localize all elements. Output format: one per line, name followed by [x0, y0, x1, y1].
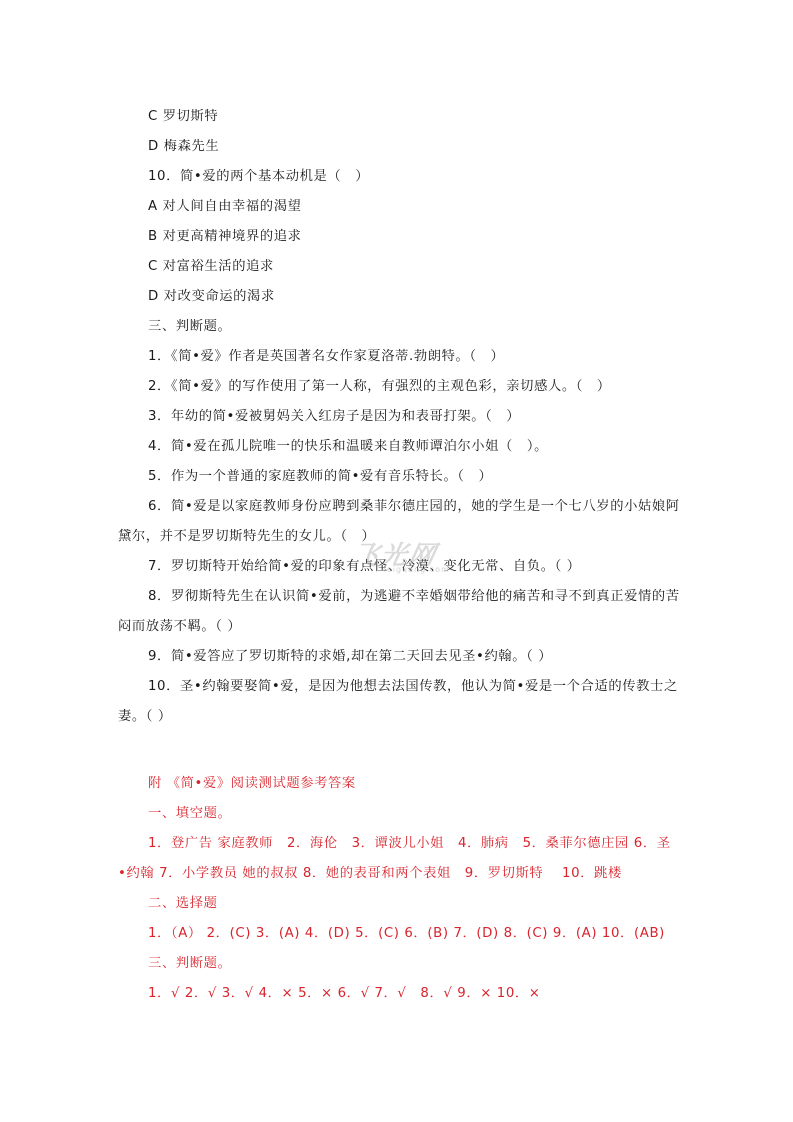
judgment-item-7: 7．罗切斯特开始给简•爱的印象有点怪、冷漠、变化无常、自负。（ ） — [148, 558, 581, 576]
q9-option-c: C 罗切斯特 — [148, 108, 218, 126]
answer-choice-line: 1．（A） 2．(C) 3．(A) 4．(D) 5．(C) 6．(B) 7．(D… — [148, 925, 665, 943]
q10-option-b: B 对更高精神境界的追求 — [148, 228, 302, 246]
option-label: B — [148, 229, 158, 244]
option-text: 罗切斯特 — [163, 109, 219, 124]
option-text: 梅森先生 — [164, 139, 220, 154]
judgment-item-10: 10．圣•约翰要娶简•爱，是因为他想去法国传教，他认为简•爱是一个合适的传教士之 — [148, 678, 678, 696]
judgment-item-6-cont: 黛尔，并不是罗切斯特先生的女儿。（ ） — [118, 528, 375, 546]
q10-stem: 10．简•爱的两个基本动机是（ ） — [148, 168, 369, 186]
answer-fill-line-2: •约翰 7．小学教员 她的叔叔 8．她的表哥和两个表姐 9．罗切斯特 10．跳楼 — [118, 865, 622, 883]
q10-option-c: C 对富裕生活的追求 — [148, 258, 274, 276]
answer-key-title: 附 《简•爱》阅读测试题参考答案 — [148, 775, 356, 793]
judgment-item-8-cont: 闷而放荡不羁。（ ） — [118, 618, 241, 636]
judgment-item-3: 3．年幼的简•爱被舅妈关入红房子是因为和表哥打架。（ ） — [148, 408, 520, 426]
q10-option-d: D 对改变命运的渴求 — [148, 288, 275, 306]
option-label: A — [148, 199, 158, 214]
answer-choice-heading: 二、选择题 — [148, 895, 217, 913]
answer-fill-line-1: 1．登广告 家庭教师 2．海伦 3．谭波儿小姐 4．肺病 5．桑菲尔德庄园 6．… — [148, 835, 671, 853]
answer-judgment-line: 1．√ 2．√ 3．√ 4．× 5．× 6．√ 7．√ 8．√ 9．× 10．× — [148, 985, 541, 1003]
q9-option-d: D 梅森先生 — [148, 138, 219, 156]
option-text: 对人间自由幸福的渴望 — [163, 199, 302, 214]
judgment-item-8: 8．罗彻斯特先生在认识简•爱前，为逃避不幸婚姻带给他的痛苦和寻不到真正爱情的苦 — [148, 588, 680, 606]
judgment-item-2: 2．《简•爱》的写作使用了第一人称，有强烈的主观色彩，亲切感人。（ ） — [148, 378, 611, 396]
judgment-item-6: 6．简•爱是以家庭教师身份应聘到桑菲尔德庄园的，她的学生是一个七八岁的小姑娘阿 — [148, 498, 680, 516]
option-label: D — [148, 139, 159, 154]
q10-option-a: A 对人间自由幸福的渴望 — [148, 198, 302, 216]
judgment-item-4: 4．简•爱在孤儿院唯一的快乐和温暖来自教师谭泊尔小姐（ ）。 — [148, 438, 548, 456]
document-page: C 罗切斯特 D 梅森先生 10．简•爱的两个基本动机是（ ） A 对人间自由幸… — [0, 0, 793, 1122]
judgment-item-1: 1．《简•爱》作者是英国著名女作家夏洛蒂.勃朗特。（ ） — [148, 348, 504, 366]
judgment-item-10-cont: 妻。（ ） — [118, 708, 172, 726]
answer-judgment-heading: 三、判断题。 — [148, 955, 231, 973]
option-text: 对更高精神境界的追求 — [163, 229, 302, 244]
option-text: 对富裕生活的追求 — [163, 259, 274, 274]
option-label: C — [148, 259, 158, 274]
option-text: 对改变命运的渴求 — [164, 289, 275, 304]
judgment-item-9: 9．简•爱答应了罗切斯特的求婚,却在第二天回去见圣•约翰。（ ） — [148, 648, 552, 666]
judgment-item-5: 5．作为一个普通的家庭教师的简•爱有音乐特长。（ ） — [148, 468, 492, 486]
option-label: D — [148, 289, 159, 304]
option-label: C — [148, 109, 158, 124]
answer-fill-heading: 一、填空题。 — [148, 805, 231, 823]
judgment-heading: 三、判断题。 — [148, 318, 231, 336]
